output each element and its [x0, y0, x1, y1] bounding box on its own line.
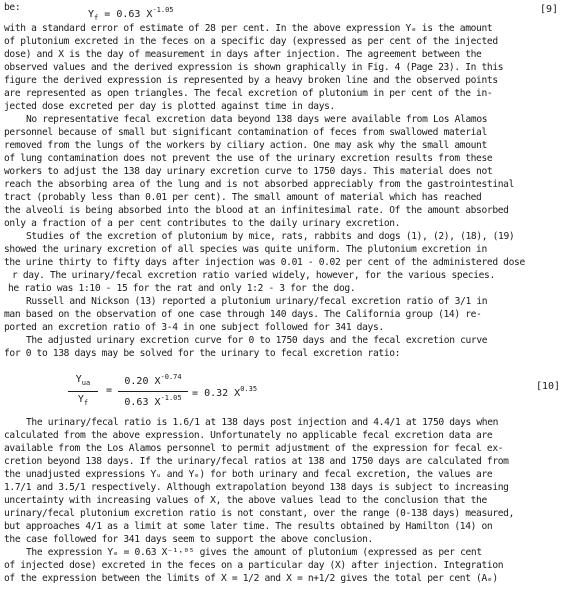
- equation-9: Yf = 0.63 X-1.05: [88, 6, 174, 22]
- fraction-bar: [68, 391, 98, 392]
- document-page: be: Yf = 0.63 X-1.05 [9] with a standard…: [0, 0, 573, 600]
- fraction-bar: [118, 391, 188, 392]
- equation-10-number: [10]: [536, 381, 560, 392]
- intro-fragment: be:: [4, 2, 20, 14]
- equation-9-number: [9]: [540, 4, 558, 15]
